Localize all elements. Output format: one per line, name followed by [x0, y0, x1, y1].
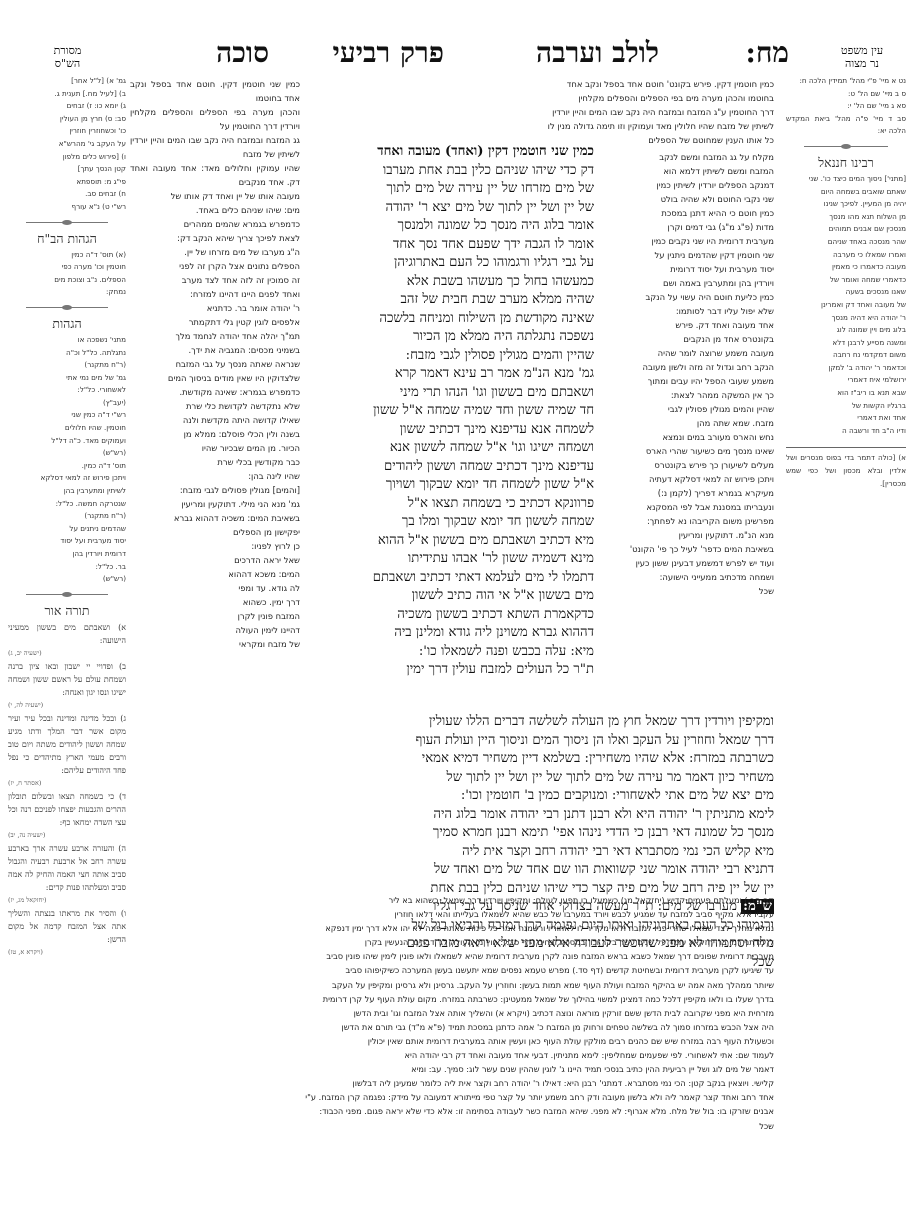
rashi-lines: כמין שני חוטמין דקין. חוטם אחד בספל ונקב…	[130, 77, 300, 651]
tosafot-line: שלא יפול עליו דבר לסותמו:	[602, 304, 774, 318]
rashi-line: בשאיבת המים: משכיה דההוא גברא	[130, 511, 300, 525]
tosafot-line: המזבח ומשם לשיתין דלמא הוא	[602, 164, 774, 178]
gemara-line: מיא דכתיב ושאבתם מים בששון א"ל ההוא	[314, 532, 594, 551]
rashi-line: [והמים] מגולין פסולים לגבי מזבח:	[130, 483, 300, 497]
verse-item: ו) והסיר את מראתו בנצתה והשליך אתה אצל ה…	[8, 907, 126, 946]
gemara-line: שהיין והמים מגולין פסולין לגבי מזבח:	[314, 347, 594, 366]
commentary-line: אחד רחב ואחד קצר קאמר ליה ולא בלשון מעוב…	[129, 1090, 774, 1104]
gemara-line: כדקאמרת השתא דכתיב בששון משכיה	[314, 606, 594, 625]
tosafot-line: נחש והארס מעורב במים ונמצא	[602, 430, 774, 444]
masoret-item: גמ' א) [ל"ל אחר]	[8, 75, 126, 88]
gemara-line: כמעשהו בחול כך מעשהו בשבת אלא	[314, 273, 594, 292]
tosafot-line: מקלח על גג המזבח ומשם לנקב	[602, 150, 774, 164]
rashi-line: כבר מקודשין בכלי שרת	[130, 455, 300, 469]
rashi-line: ואחד לפנים היינו דהיינו למזרח:	[130, 287, 300, 301]
commentary-line: מערבית דרומית שפונים דרך שמאל כשבא בראש …	[129, 949, 774, 963]
hagahot-title: הגהות	[8, 316, 126, 332]
verse-source: (ישעיה יב, ג)	[8, 647, 126, 660]
bottom-commentary: קף סב:) ומעלתם פעמים קדיש (יחזקאל מג) כש…	[129, 893, 774, 1133]
masoret-item: סב: ס) חרץ מן העולין	[8, 113, 126, 126]
habach-line: חוטמין וכו' מערה כפי	[8, 261, 126, 274]
chananel-line: מעובה כדאמרו כי מאמין	[786, 261, 906, 274]
hagahot-line: (ר"ח מתקנר)	[8, 510, 126, 523]
tosafot-line: מעיקרא בגמרא דפריך (לקמן נ:)	[602, 486, 774, 500]
torah-or-title: תורה אור	[8, 603, 126, 619]
rashi-line: גמ' מנא הני מילי. דתוקעין ומריעין	[130, 497, 300, 511]
tosafot-line: דרך החוטמין ע"ג המזבח ובמזבח היה נקב שבו…	[454, 105, 774, 119]
tosafot-line: שאינו מנסך מים כשיעור שהרי הארס	[602, 444, 774, 458]
tosafot-top-lines: כמין חוטמין דקין. פירש בקונט' חוטם אחד ב…	[454, 77, 774, 147]
ner-mitzvah-label: נר מצוה	[822, 57, 902, 70]
masoret-hashas-column: גמ' א) [ל"ל אחר]ב) [לעיל מח.] תענית ג.ג)…	[8, 75, 126, 959]
hagahot-line: יסוד מערבית ועל יסוד	[8, 535, 126, 548]
rabbeinu-chananel-title: רבינו חננאל	[786, 155, 906, 171]
chananel-line: בלוג מים ויין שמונה לוג	[786, 324, 906, 337]
masoret-item: רש"י ט) נ"א עורף	[8, 201, 126, 214]
tractate-name: סוכה	[216, 38, 269, 68]
tosafot-top: כמין חוטמין דקין. פירש בקונט' חוטם אחד ב…	[454, 77, 774, 147]
hagahot-habach-title: הגהות הב"ח	[8, 231, 126, 247]
masoret-label: מסורת	[30, 44, 105, 57]
rashi-line: דרך ימין. כשהוא	[130, 595, 300, 609]
gemara-line: שמחה לששון חד יומא שבקוך ומלו בך	[314, 513, 594, 532]
verse-item: א) ושאבתם מים בששון ממעיני הישועה:	[8, 621, 126, 647]
rashi-line: גג המזבח ובמזבח היה נקב שבו המים והיין י…	[130, 133, 300, 161]
masoret-item: ו) [פירוש כלים מלפון	[8, 151, 126, 164]
gemara-line: של יין ושל יין לתוך של מים יצא ר' יהודה	[314, 199, 594, 218]
gemara-line: חד שמיה ששון וחד שמיה שמחה א"ל ששון	[314, 402, 594, 421]
gemara-lines: כמין שני חוטמין דקין (ואחד) מעובה ואחדדק…	[314, 143, 594, 680]
tosafot-line: מעלים לשיעורן כך פירש בקונטרס	[602, 458, 774, 472]
chapter-name: לולב וערבה	[536, 38, 659, 68]
hagahot-line: ויתכן פירוש זה למאי דסלקא	[8, 472, 126, 485]
commentary-line: מזרחית היא מפני שקרובה לבית הדשן ששם זור…	[129, 1006, 774, 1020]
rashi-line: כמין שני חוטמין דקין. חוטם אחד בספל ונקב…	[130, 77, 300, 105]
tosafot-line: שני נקבי החוטם ולא שהיה בולט	[602, 192, 774, 206]
tosafot-line: ויורדין בהן ומתערבין באמה ושם	[602, 276, 774, 290]
commentary-line: אבנים שזרקו בו: בול של מלח. מלא אגרוף: ל…	[129, 1104, 774, 1118]
tosafot-line: ונעבריתו במסננת אבל לפי המסקנא	[602, 500, 774, 514]
commentary-line: קף סב:) ומעלתם פעמים קדיש (יחזקאל מג) כש…	[129, 893, 774, 907]
rashi-line: שלא נתקדשה לקדושת כלי שרת	[130, 399, 300, 413]
rashi-line: תמ"ך יהלה אחד יהודה לנחמד מלך	[130, 329, 300, 343]
ornament-divider	[26, 222, 109, 223]
ornament-divider	[26, 307, 109, 308]
chananel-line: מנסכין שם אבנים תמוהים	[786, 223, 906, 236]
chananel-line: ודיו ה"ב חד ורשבה ה	[786, 425, 906, 438]
rashi-line: כן לרוץ לפניו:	[130, 539, 300, 553]
verse-item: ד) כי בשמחה תצאו ובשלום תובלון ההרים והג…	[8, 790, 126, 829]
bottom-commentary-lines: קף סב:) ומעלתם פעמים קדיש (יחזקאל מג) כש…	[129, 893, 774, 1133]
masoret-item: פי"ג מ: תוספתא	[8, 176, 126, 189]
rashi-line: שאילו קדושה היתה מקדשת ולנה	[130, 413, 300, 427]
gemara-line: מים יצא של מים אתי לאשחורי: ומנוקבים כמי…	[284, 787, 774, 806]
hagahot-line: נתגלתה. כל"ל וכ"ה	[8, 347, 126, 360]
tosafot-line: כמין חוטם כי ההיא דתנן במסכת	[602, 206, 774, 220]
gemara-line: דרך שמאל וחוזרין על העקב ואלו הן ניסוך ה…	[284, 732, 774, 751]
tosafot-line: אחד מעובה ואחד דק. פירש	[602, 318, 774, 332]
torah-or-text: א) ושאבתם מים בששון ממעיני הישועה:(ישעיה…	[8, 621, 126, 959]
tosafot-line: דמנקב הספלים יורדין לשיתין כמין	[602, 178, 774, 192]
ein-mishpat-item: נט א מיי' פ"י מהל' תמידין הלכה ח:	[786, 75, 906, 88]
hagahot-text: מתני' נשפכה אונתגלתה. כל"ל וכ"ה(ר"ח מתקנ…	[8, 334, 126, 586]
tosafot-line: כמין חוטמין דקין. פירש בקונט' חוטם אחד ב…	[454, 77, 774, 91]
tosafot-line: יסוד מערבית ועל יסוד דרומית	[602, 262, 774, 276]
tosafot-line: מערבית דרומית היו שני נקבים כמין	[602, 234, 774, 248]
rashi-line: מים: שיהו שניהם כלים באחד.	[130, 203, 300, 217]
chananel-line: ברגליו הקשות של	[786, 400, 906, 413]
hagahot-line: לאשחורי. כל"ל:	[8, 384, 126, 397]
gemara-line: גמ' מנא הנ"מ אמר רב עינא דאמר קרא	[314, 365, 594, 384]
gemara-line: א"ל ששון לשמחה חד יומא שבקוך ושויוך	[314, 476, 594, 495]
verse-item: ה) והעזרה ארבע עשרה ארך בארבע עשרה רחב א…	[8, 842, 126, 894]
rashi-line: שהיו לינה בהן:	[130, 469, 300, 483]
rashi-line: כדמפרש בגמרא שהמים ממהרים	[130, 217, 300, 231]
hagahot-line: מתני' נשפכה או	[8, 334, 126, 347]
hagahot-line: (יעב"ץ)	[8, 397, 126, 410]
commentary-line: דאמר של מים לוג ושל יין רביעית ההין כתיב…	[129, 1062, 774, 1076]
rashi-line: לצאת לפיכך צריך שיהא הנקב דק:	[130, 231, 300, 245]
chananel-line: שאתם שואבים בשמחה היום	[786, 186, 906, 199]
tosafot-line: הנקב רחב וגדול זה מזה ולשון מעובה	[602, 360, 774, 374]
ein-mishpat-column: נט א מיי' פ"י מהל' תמידין הלכה ח: ס ב מי…	[786, 75, 906, 490]
tosafot-line: בשאיבת המים כדפר' לעיל כך פי' הקונט'	[602, 542, 774, 556]
tosafot-line: בקונטרס אחד מן הנקבים	[602, 332, 774, 346]
daf-number: מח:	[745, 38, 789, 68]
gemara-line: שהיה ממלא מערב שבת חבית של זהב	[314, 291, 594, 310]
gemara-line: כשרבתה במזרח: אלא שהיו משחירין: בשלמא די…	[284, 750, 774, 769]
hagahot-line: שהדמים ניתנים על	[8, 523, 126, 536]
chananel-line: של מעובה ואחד דק ואמרינן	[786, 299, 906, 312]
rashi-column: כמין שני חוטמין דקין. חוטם אחד בספל ונקב…	[130, 77, 300, 651]
masoret-item: קטן הנסך עתך]	[8, 163, 126, 176]
gemara-line: של מים מזרחו של יין עירה של מים לתוך	[314, 180, 594, 199]
verse-source: (ישעיה נה, יב)	[8, 829, 126, 842]
rashi-line: בשמיני מכסים: המגביה את ידך.	[130, 343, 300, 357]
perek-label: פרק רביעי	[333, 38, 445, 68]
tosafot-line: כמין כליעת חוטם היה עשוי על הנקב	[602, 290, 774, 304]
rashi-line: המזבח פונין לקרן	[130, 609, 300, 623]
rashi-line: כדמפרש בגמרא: שאינה מקודשת.	[130, 385, 300, 399]
chananel-line: ירושלמי איח דאמרי	[786, 374, 906, 387]
hagahot-line: דרומית ויורדין בהן	[8, 548, 126, 561]
rashi-line: אלפסים לוגין קטין גלי דתקמתר	[130, 315, 300, 329]
verse-source: (ישעיה לה, י)	[8, 699, 126, 712]
rashi-line: הכיור. מן המים שבכיור שהיו	[130, 441, 300, 455]
hagahot-line: בר. כל"ל:	[8, 561, 126, 574]
rashi-line: של מזבח ומקראי	[130, 637, 300, 651]
rashi-line: בשנה ולין הכלי פוסלם: ממלא מן	[130, 427, 300, 441]
gemara-line: ת"ר כל העולים למזבח עולין דרך ימין	[314, 661, 594, 680]
tosafot-line: מנא הנ"מ. דתוקעין ומריעין	[602, 528, 774, 542]
ein-mishpat-item: סא ג מיי' שם הל' י:	[786, 100, 906, 113]
gemara-line: נשפכה נתגלתה היה ממלא מן הכיור	[314, 328, 594, 347]
masoret-item: כו' וכשחוזרין חוזרין	[8, 125, 126, 138]
gemara-line: כמין שני חוטמין דקין (ואחד) מעובה ואחד	[314, 143, 594, 162]
ein-mishpat-header: עין משפט נר מצוה	[822, 44, 902, 70]
rashi-line: שהיו עמוקין וחלולים מאד: אחד מעובה ואחד …	[130, 161, 300, 189]
gemara-line: דק כדי שיהו שניהם כלין בבת אחת מערבו	[314, 162, 594, 181]
hagahot-line: (רש"ש)	[8, 573, 126, 586]
gemara-line: ומקיפין ויורדין דרך שמאל חוץ מן העולה לש…	[284, 713, 774, 732]
chananel-line: שהר מנסכה באחד שניהם	[786, 236, 906, 249]
hagahot-line: גמ' של מים נמי אתי	[8, 372, 126, 385]
tosafot-line: ויתכן פירוש זה למאי דסלקא דעתיה	[602, 472, 774, 486]
hagahot-habach-text: (א) תוס' ד"ה כמיןחוטמין וכו' מערה כפיהספ…	[8, 249, 126, 299]
masoret-item: ב) [לעיל מח.] תענית ג.	[8, 88, 126, 101]
chananel-line: ואמרו שמאלו כי מערבה	[786, 249, 906, 262]
tosafot-column: מקלח על גג המזבח ומשם לנקבהמזבח ומשם לשי…	[602, 150, 774, 598]
rashi-line: שלצדוקין היו שאין מודים בניסוך המים	[130, 371, 300, 385]
tosafot-line: ועוד יש לפרש דמשמע דבעינן ששון כעין	[602, 556, 774, 570]
habach-line: (א) תוס' ד"ה כמין	[8, 249, 126, 262]
rashi-line: זה סמוכין זה לזה אחד לצד מערב	[130, 273, 300, 287]
commentary-line: לן מדתני רמי בר יחזקאל עומד על שנים עשר …	[129, 935, 774, 949]
ein-mishpat-item: סב ד מיי' פ"ה מהל' ביאת המקדש הלכה יא:	[786, 113, 906, 138]
verse-source: (אסתר ח, יז)	[8, 777, 126, 790]
gemara-text: כמין שני חוטמין דקין (ואחד) מעובה ואחדדק…	[314, 143, 594, 680]
habach-line: נמחק:	[8, 286, 126, 299]
commentary-line: עקביו אלא מקיף סביב למזבח עד שמגיע לכבש …	[129, 907, 774, 921]
rashi-line: המים: משכא דההוא	[130, 567, 300, 581]
gemara-line: דתמלו לי מים לעלמא דאתי דכתיב ושאבתם	[314, 569, 594, 588]
tosafot-line: מעובה משמע שרוצה לומר שהיה	[602, 346, 774, 360]
gemara-line: שאינה מקודשת מן השילוח ומניחה בלשכה	[314, 310, 594, 329]
hagahot-line: חוטמין. שהיו חלולים	[8, 422, 126, 435]
tosafot-line: מזבח. שמא שתה מהן	[602, 416, 774, 430]
gemara-line: מים בששון א"ל אי הוה כתיב לששון	[314, 587, 594, 606]
commentary-line: עד שיגיעו לקרן מערבית דרומית ובשחיטת קדש…	[129, 963, 774, 977]
masoret-item: על העקב גי' מהרש"א	[8, 138, 126, 151]
hashas-label: הש"ס	[30, 57, 105, 70]
gemara-line: דתניא רבי יהודה אומר שני קשוואות הוו שם …	[284, 861, 774, 880]
gemara-line: משחיר כיון דאמר מר עירה של מים לתוך של י…	[284, 769, 774, 788]
gemara-line: ושמחה ישיגו וגו' א"ל שמחה לששון אנא	[314, 439, 594, 458]
gemara-line: לשמחה אנא עדיפנא מינך דכתיב ששון	[314, 421, 594, 440]
rashi-line: ה"ג מערבו של מים מזרחו של יין.	[130, 245, 300, 259]
rashi-line: לה גודא. עד ומפי	[130, 581, 300, 595]
gemara-line: מיא קליש הכי נמי מסתברא דאי רבי יהודה רח…	[284, 843, 774, 862]
gemara-line: על גבי רגליו ורגמוהו כל העם באתרוגיהן	[314, 254, 594, 273]
hagahot-line: רש"י ד"ה כמין שני	[8, 409, 126, 422]
masoret-hashas-header: מסורת הש"ס	[30, 44, 105, 70]
tosafot-line: מדות (פ"ג מ"ג) גבי דמים וקרן	[602, 220, 774, 234]
rashi-line: יפקישון מן הספלים	[130, 525, 300, 539]
tosafot-line: שהיין והמים מגולין פסולין לגבי	[602, 402, 774, 416]
hagahot-line: לשיתין ומתערבין בהן	[8, 485, 126, 498]
commentary-line: שכל	[129, 1119, 774, 1133]
commentary-line: היה אצל הכבש במזרחו סמוך לה בשלשה טפחים …	[129, 1020, 774, 1034]
commentary-line: נמלא מהלך לצד שמאלו שהרי פניו למזבח ולאו…	[129, 921, 774, 935]
hagahot-line: ועמוקים מאד. כ"ה דל"ל	[8, 435, 126, 448]
chananel-line: שאנו מנסכים בשעה	[786, 286, 906, 299]
gemara-line: מנסך כל שמונה דאי רבנן כי הדדי נינהו אפי…	[284, 824, 774, 843]
chananel-line: כדאמרי שמחה ואומר של	[786, 274, 906, 287]
ein-mishpat-label: עין משפט	[822, 44, 902, 57]
chananel-line: יהיה מן המעיין. לפיכך שנינו	[786, 198, 906, 211]
rashi-line: מעובה אותו של יין ואחד דק אותו של	[130, 189, 300, 203]
masoret-items: גמ' א) [ל"ל אחר]ב) [לעיל מח.] תענית ג.ג)…	[8, 75, 126, 214]
verse-source: (ויקרא א, טז)	[8, 946, 126, 959]
rashi-line: שנראה שאתה מנסך על גבי המזבח	[130, 357, 300, 371]
verse-item: ב) ופדויי יי ישבון ובאו ציון ברנה ושמחת …	[8, 660, 126, 699]
gemara-line: מיא: עלה בכבש ופנה לשמאלו כו':	[314, 643, 594, 662]
tosafot-line: בחוטמו והכהן מערה מים בפי הספלים והספלים…	[454, 91, 774, 105]
gemara-line: לימא מתניתין ר' יהודה היא ולא רבנן דתנן …	[284, 806, 774, 825]
commentary-line: לעמוד שם: אתי לאשחורי. לפי שפעמים שמחליפ…	[129, 1048, 774, 1062]
tosafot-line: משמע שעובי הספל יהיו עבים ומתוך	[602, 374, 774, 388]
gemara-line: פרוונקא דכתיב כי בשמחה תצאו א"ל	[314, 495, 594, 514]
gemara-line: עדיפנא מינך דכתיב שמחה וששון ליהודים	[314, 458, 594, 477]
commentary-line: שיותר ממהלך מאה אמה יש בהיקף המזבח ועולת…	[129, 978, 774, 992]
rabbeinu-chananel-footnote: א) [כולה דתמר בדי בפוס מנסרים ושל אלדין …	[786, 452, 906, 490]
rashi-line: ר' יהודה אומר בר. כדתניא	[130, 301, 300, 315]
gemara-line: אומר בלוג היה מנסך כל שמונה ולמנסך	[314, 217, 594, 236]
chananel-line: [מתני'] ניסוך המים כיצד כו'. שני	[786, 173, 906, 186]
commentary-line: בדרך שעלו בו ולאו מקיפין דלכל כמה דמצינן…	[129, 992, 774, 1006]
rabbeinu-chananel-text: [מתני'] ניסוך המים כיצד כו'. שנישאתם שוא…	[786, 173, 906, 437]
verse-source: (יחזקאל מג, יז)	[8, 894, 126, 907]
hagahot-line: (רש"ש)	[8, 447, 126, 460]
tosafot-line: שכל	[602, 584, 774, 598]
chananel-line: וכדאמר ר' יהודה ב' למקן	[786, 362, 906, 375]
tosafot-line: מפרשינן משום הקריבהו נא לפחתך:	[602, 514, 774, 528]
verse-item: ג) ובכל מדינה ומדינה ובכל עיר ועיר מקום …	[8, 712, 126, 777]
gemara-line: דההוא גברא משוינן ליה גודא ומלינן ביה	[314, 624, 594, 643]
tosafot-lines: מקלח על גג המזבח ומשם לנקבהמזבח ומשם לשי…	[602, 150, 774, 598]
rashi-line: דהיינו לימין העולה	[130, 623, 300, 637]
masoret-item: ח) זבחים סב.	[8, 188, 126, 201]
habach-line: הספלים. נ"ב וצוכת מים	[8, 274, 126, 287]
masoret-item: ג) יומא כו: ז) זבחים	[8, 100, 126, 113]
chananel-line: מן השלוח תנא מהו מנסך	[786, 211, 906, 224]
hagahot-line: תוס' ד"ה כמין.	[8, 460, 126, 473]
tosafot-line: כך אין המשקה ממהר לצאת:	[602, 388, 774, 402]
gemara-line: ושאבתם מים בששון וגו' הנהו תרי מיני	[314, 384, 594, 403]
chananel-line: ר' יהודה היא דהיה מנסך	[786, 312, 906, 325]
footnote-divider	[786, 447, 906, 448]
commentary-line: וכשעולת העוף רבה במזרח שיש שם כהנים רבים…	[129, 1034, 774, 1048]
chananel-line: אחד ואת דאמרי	[786, 412, 906, 425]
gemara-line: מינא דשמיה ששון לר' אבהו עתידיתו	[314, 550, 594, 569]
tosafot-line: לשיתין של מזבח שהיו חלולין מאד ועמוקין ו…	[454, 119, 774, 133]
hagahot-line: (ר"ח מתקנר)	[8, 359, 126, 372]
rashi-line: שאל יראה הדרכים	[130, 553, 300, 567]
hagahot-line: שנטרקה חמשה. כל"ל:	[8, 498, 126, 511]
ornament-divider	[26, 594, 109, 595]
tosafot-line: שני חוטמין דקין שהדמים ניתנין על	[602, 248, 774, 262]
chananel-line: שבא תנא בו ריב"ז הוא	[786, 387, 906, 400]
tosafot-line: ושמחה מדכתיב ממעייני הישועה:	[602, 570, 774, 584]
ein-mishpat-item: ס ב מיי' שם הל' ט:	[786, 88, 906, 101]
chananel-line: משום דמקדמי נח רחבה	[786, 349, 906, 362]
ornament-divider	[804, 146, 888, 147]
chananel-line: ומשנה מסייע לרבנן דלא	[786, 337, 906, 350]
rashi-line: והכהן מערה בפי הספלים והספלים מקלחין ויו…	[130, 105, 300, 133]
rashi-line: הספלים נתונים אצל הקרן זה לפני	[130, 259, 300, 273]
gemara-line: אומר לו הגבה ידך שפעם אחד נסך אחד	[314, 236, 594, 255]
commentary-line: קלישי. ויוצאין בנקב קטן: הכי נמי מסתברא.…	[129, 1076, 774, 1090]
